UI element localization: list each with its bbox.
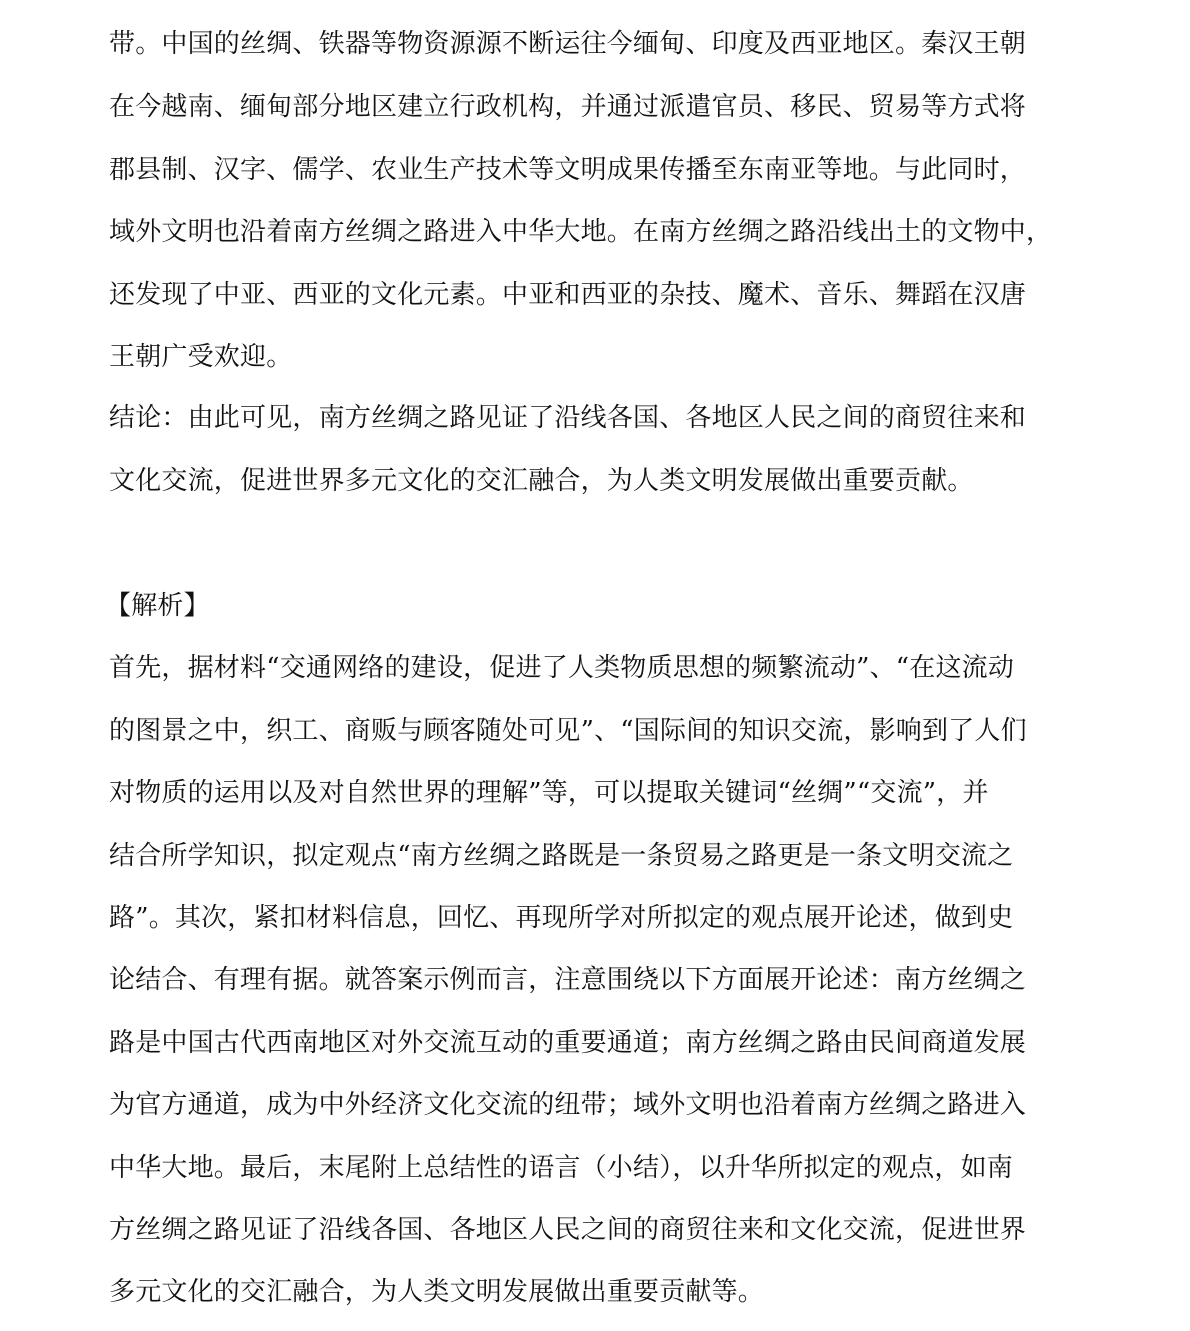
- analysis-line: 路是中国古代西南地区对外交流互动的重要通道；南方丝绸之路由民间商道发展: [109, 1027, 1026, 1059]
- analysis-line: 路”。其次，紧扣材料信息，回忆、再现所学对所拟定的观点展开论述，做到史: [109, 902, 1013, 934]
- conclusion-line: 文化交流，促进世界多元文化的交汇融合，为人类文明发展做出重要贡献。: [109, 465, 974, 497]
- analysis-heading: 【解析】: [105, 590, 210, 622]
- analysis-line: 结合所学知识，拟定观点“南方丝绸之路既是一条贸易之路更是一条文明交流之: [109, 840, 1013, 872]
- analysis-line: 为官方通道，成为中外经济文化交流的纽带；域外文明也沿着南方丝绸之路进入: [109, 1089, 1026, 1121]
- analysis-line: 对物质的运用以及对自然世界的理解”等，可以提取关键词“丝绸”“交流”，并: [109, 777, 989, 809]
- conclusion-line: 结论：由此可见，南方丝绸之路见证了沿线各国、各地区人民之间的商贸往来和: [109, 402, 1026, 434]
- analysis-line: 论结合、有理有据。就答案示例而言，注意围绕以下方面展开论述：南方丝绸之: [109, 964, 1026, 996]
- answer-line: 在今越南、缅甸部分地区建立行政机构，并通过派遣官员、移民、贸易等方式将: [109, 91, 1026, 123]
- answer-line: 王朝广受欢迎。: [109, 341, 292, 373]
- answer-line: 域外文明也沿着南方丝绸之路进入中华大地。在南方丝绸之路沿线出土的文物中，: [109, 216, 1052, 248]
- answer-line: 还发现了中亚、西亚的文化元素。中亚和西亚的杂技、魔术、音乐、舞蹈在汉唐: [109, 279, 1026, 311]
- analysis-line: 的图景之中，织工、商贩与顾客随处可见”、“国际间的知识交流，影响到了人们: [109, 715, 1027, 747]
- analysis-line: 方丝绸之路见证了沿线各国、各地区人民之间的商贸往来和文化交流，促进世界: [109, 1214, 1026, 1246]
- answer-line: 郡县制、汉字、儒学、农业生产技术等文明成果传播至东南亚等地。与此同时，: [109, 154, 1026, 186]
- analysis-line: 多元文化的交汇融合，为人类文明发展做出重要贡献等。: [109, 1276, 764, 1308]
- analysis-line: 首先，据材料“交通网络的建设，促进了人类物质思想的频繁流动”、“在这流动: [109, 652, 1014, 684]
- answer-line: 带。中国的丝绸、铁器等物资源源不断运往今缅甸、印度及西亚地区。秦汉王朝: [109, 28, 1026, 60]
- analysis-line: 中华大地。最后，末尾附上总结性的语言（小结），以升华所拟定的观点，如南: [109, 1152, 1013, 1184]
